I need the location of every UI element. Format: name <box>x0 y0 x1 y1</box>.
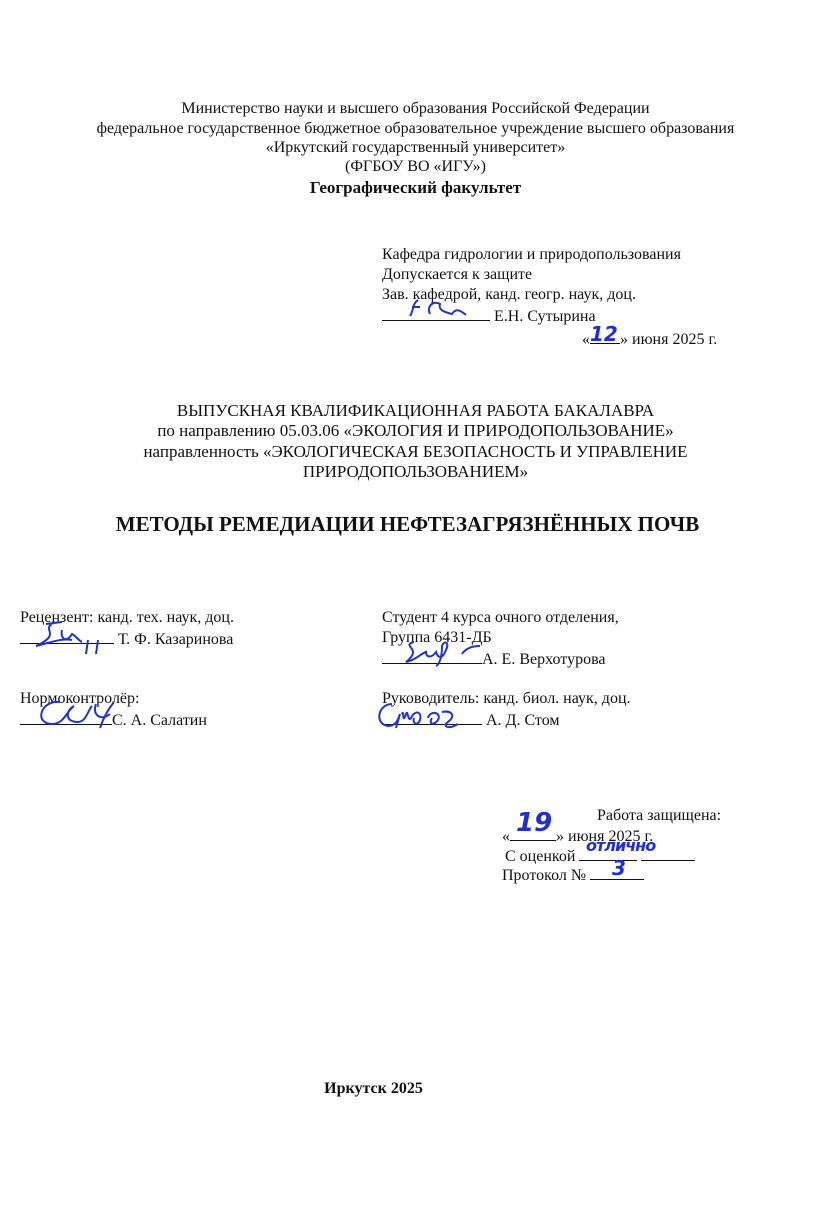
student-signature-icon <box>396 636 496 672</box>
defense-status: Работа защищена: <box>597 807 721 825</box>
grade-label: С оценкой <box>505 848 575 865</box>
department-name: Кафедра гидрологии и природопользования <box>382 246 681 264</box>
student-label: Студент 4 курса очного отделения, <box>382 609 619 627</box>
approval-date-rest: » июня 2025 г. <box>620 331 717 348</box>
normcontrol-signature-icon <box>30 696 120 736</box>
thesis-type: ВЫПУСКНАЯ КВАЛИФИКАЦИОННАЯ РАБОТА БАКАЛА… <box>0 401 831 421</box>
protocol-label: Протокол № <box>502 867 586 884</box>
thesis-direction: по направлению 05.03.06 «ЭКОЛОГИЯ И ПРИР… <box>0 421 831 441</box>
university-name: «Иркутский государственный университет» <box>0 139 831 157</box>
date-open-quote: « <box>582 331 590 348</box>
date-open-quote: « <box>502 828 510 845</box>
thesis-focus-line-1: направленность «ЭКОЛОГИЧЕСКАЯ БЕЗОПАСНОС… <box>0 442 831 462</box>
grade-handwritten: отлично <box>586 836 655 855</box>
reviewer-name: Т. Ф. Казаринова <box>118 631 233 648</box>
thesis-title: МЕТОДЫ РЕМЕДИАЦИИ НЕФТЕЗАГРЯЗНЁННЫХ ПОЧВ <box>0 512 823 537</box>
city-year: Иркутск 2025 <box>0 1080 789 1098</box>
normcontrol-name: С. А. Салатин <box>112 712 207 729</box>
supervisor-signature-icon <box>372 700 482 738</box>
approval-day-handwritten: 12 <box>590 322 618 346</box>
admitted-label: Допускается к защите <box>382 266 532 284</box>
university-abbreviation: (ФГБОУ ВО «ИГУ») <box>0 158 831 176</box>
protocol-number-handwritten: 3 <box>612 856 626 880</box>
institution-type-line: федеральное государственное бюджетное об… <box>0 120 831 138</box>
defense-day-handwritten: 19 <box>516 808 552 838</box>
student-name: А. Е. Верхотурова <box>482 651 606 668</box>
thesis-focus-line-2: ПРИРОДОПОЛЬЗОВАНИЕМ» <box>0 462 831 482</box>
supervisor-name: А. Д. Стом <box>486 712 560 729</box>
ministry-line: Министерство науки и высшего образования… <box>0 100 831 118</box>
head-signature-icon <box>408 296 478 324</box>
faculty-name: Географический факультет <box>0 178 831 198</box>
reviewer-signature-icon <box>32 620 112 664</box>
head-name: Е.Н. Сутырина <box>494 308 596 325</box>
